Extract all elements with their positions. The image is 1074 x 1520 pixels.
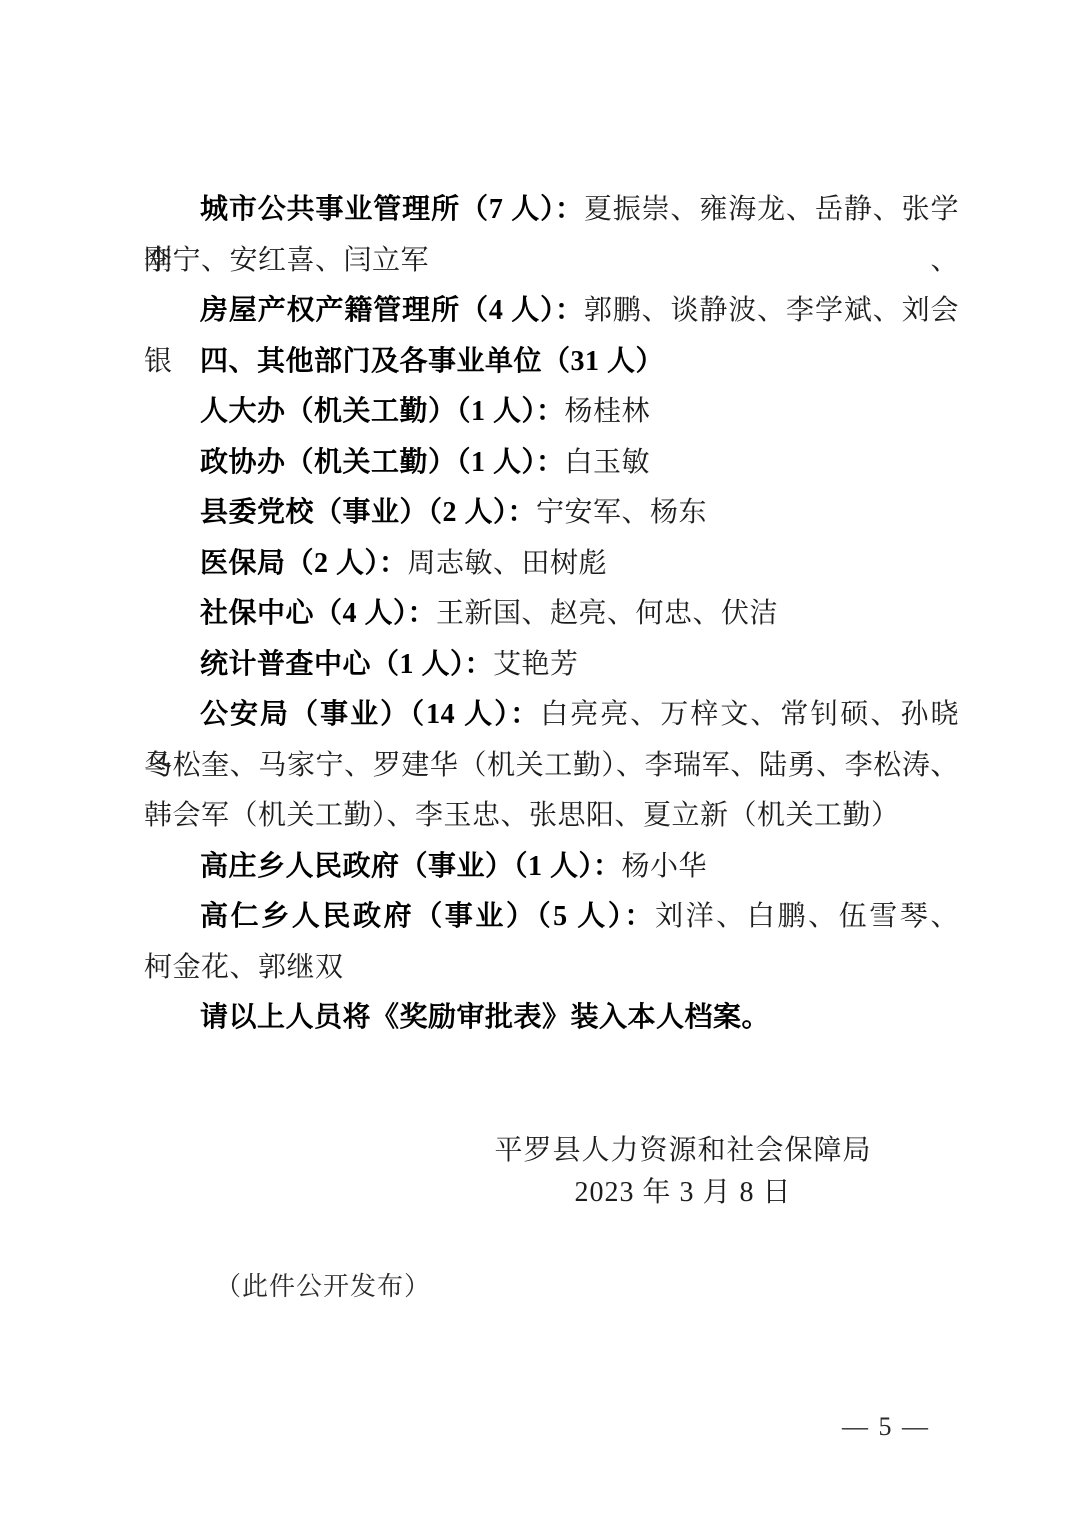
line-label: 房屋产权产籍管理所（4 人）：: [200, 295, 584, 326]
document-line: 柯金花、郭继双: [144, 943, 959, 994]
document-line: 请以上人员将《奖励审批表》装入本人档案。: [144, 993, 959, 1044]
document-line: 人大办（机关工勤）（1 人）：杨桂林: [144, 387, 959, 438]
line-label: 城市公共事业管理所（7 人）：: [200, 194, 584, 225]
document-line: 高庄乡人民政府（事业）（1 人）：杨小华: [144, 842, 959, 893]
line-text: 杨小华: [622, 851, 708, 882]
document-line: 马松奎、马家宁、罗建华（机关工勤）、李瑞军、陆勇、李松涛、: [144, 741, 959, 792]
line-text: 杨桂林: [565, 396, 651, 427]
document-page: 城市公共事业管理所（7 人）：夏振崇、雍海龙、岳静、张学刚、李宁、安红喜、闫立军…: [0, 0, 1074, 1520]
document-line: 县委党校（事业）（2 人）：宁安军、杨东: [144, 488, 959, 539]
document-line: 韩会军（机关工勤）、李玉忠、张思阳、夏立新（机关工勤）: [144, 791, 959, 842]
line-label: 医保局（2 人）：: [200, 548, 408, 579]
line-label: 政协办（机关工勤）（1 人）：: [200, 447, 565, 478]
document-line: 房屋产权产籍管理所（4 人）：郭鹏、谈静波、李学斌、刘会银: [144, 286, 959, 337]
line-text: 马松奎、马家宁、罗建华（机关工勤）、李瑞军、陆勇、李松涛、: [144, 750, 959, 781]
line-label: 公安局（事业）（14 人）：: [200, 699, 540, 730]
signature-date: 2023 年 3 月 8 日: [574, 1170, 791, 1216]
line-text: 白玉敏: [565, 447, 651, 478]
line-label: 高仁乡人民政府（事业）（5 人）：: [200, 901, 655, 932]
document-line: 四、其他部门及各事业单位（31 人）: [144, 337, 959, 388]
line-text: 周志敏、田树彪: [408, 548, 608, 579]
document-body: 城市公共事业管理所（7 人）：夏振崇、雍海龙、岳静、张学刚、李宁、安红喜、闫立军…: [144, 185, 959, 1044]
line-text: 宁安军、杨东: [536, 497, 707, 528]
line-text: 刘洋、白鹏、伍雪琴、: [655, 901, 959, 932]
line-label: 社保中心（4 人）：: [200, 598, 436, 629]
document-line: 高仁乡人民政府（事业）（5 人）：刘洋、白鹏、伍雪琴、: [144, 892, 959, 943]
line-label: 人大办（机关工勤）（1 人）：: [200, 396, 565, 427]
line-text: 韩会军（机关工勤）、李玉忠、张思阳、夏立新（机关工勤）: [144, 800, 900, 831]
line-label: 县委党校（事业）（2 人）：: [200, 497, 536, 528]
page-number: — 5 —: [842, 1412, 930, 1442]
line-text: 艾艳芳: [493, 649, 579, 680]
signature-issuer: 平罗县人力资源和社会保障局: [494, 1128, 871, 1174]
line-label: 统计普查中心（1 人）：: [200, 649, 493, 680]
line-text: 王新国、赵亮、何忠、伏洁: [436, 598, 778, 629]
line-label: 高庄乡人民政府（事业）（1 人）：: [200, 851, 622, 882]
document-line: 社保中心（4 人）：王新国、赵亮、何忠、伏洁: [144, 589, 959, 640]
document-line: 政协办（机关工勤）（1 人）：白玉敏: [144, 438, 959, 489]
document-line: 统计普查中心（1 人）：艾艳芳: [144, 640, 959, 691]
document-line: 医保局（2 人）：周志敏、田树彪: [144, 539, 959, 590]
line-label: 四、其他部门及各事业单位（31 人）: [200, 346, 664, 377]
line-text: 柯金花、郭继双: [144, 952, 344, 983]
document-line: 公安局（事业）（14 人）：白亮亮、万梓文、常钊硕、孙晓冬、: [144, 690, 959, 741]
document-line: 城市公共事业管理所（7 人）：夏振崇、雍海龙、岳静、张学刚、: [144, 185, 959, 236]
line-label: 请以上人员将《奖励审批表》装入本人档案。: [200, 1002, 770, 1033]
line-text: 李宁、安红喜、闫立军: [144, 245, 429, 276]
publication-note: （此件公开发布）: [215, 1272, 431, 1302]
